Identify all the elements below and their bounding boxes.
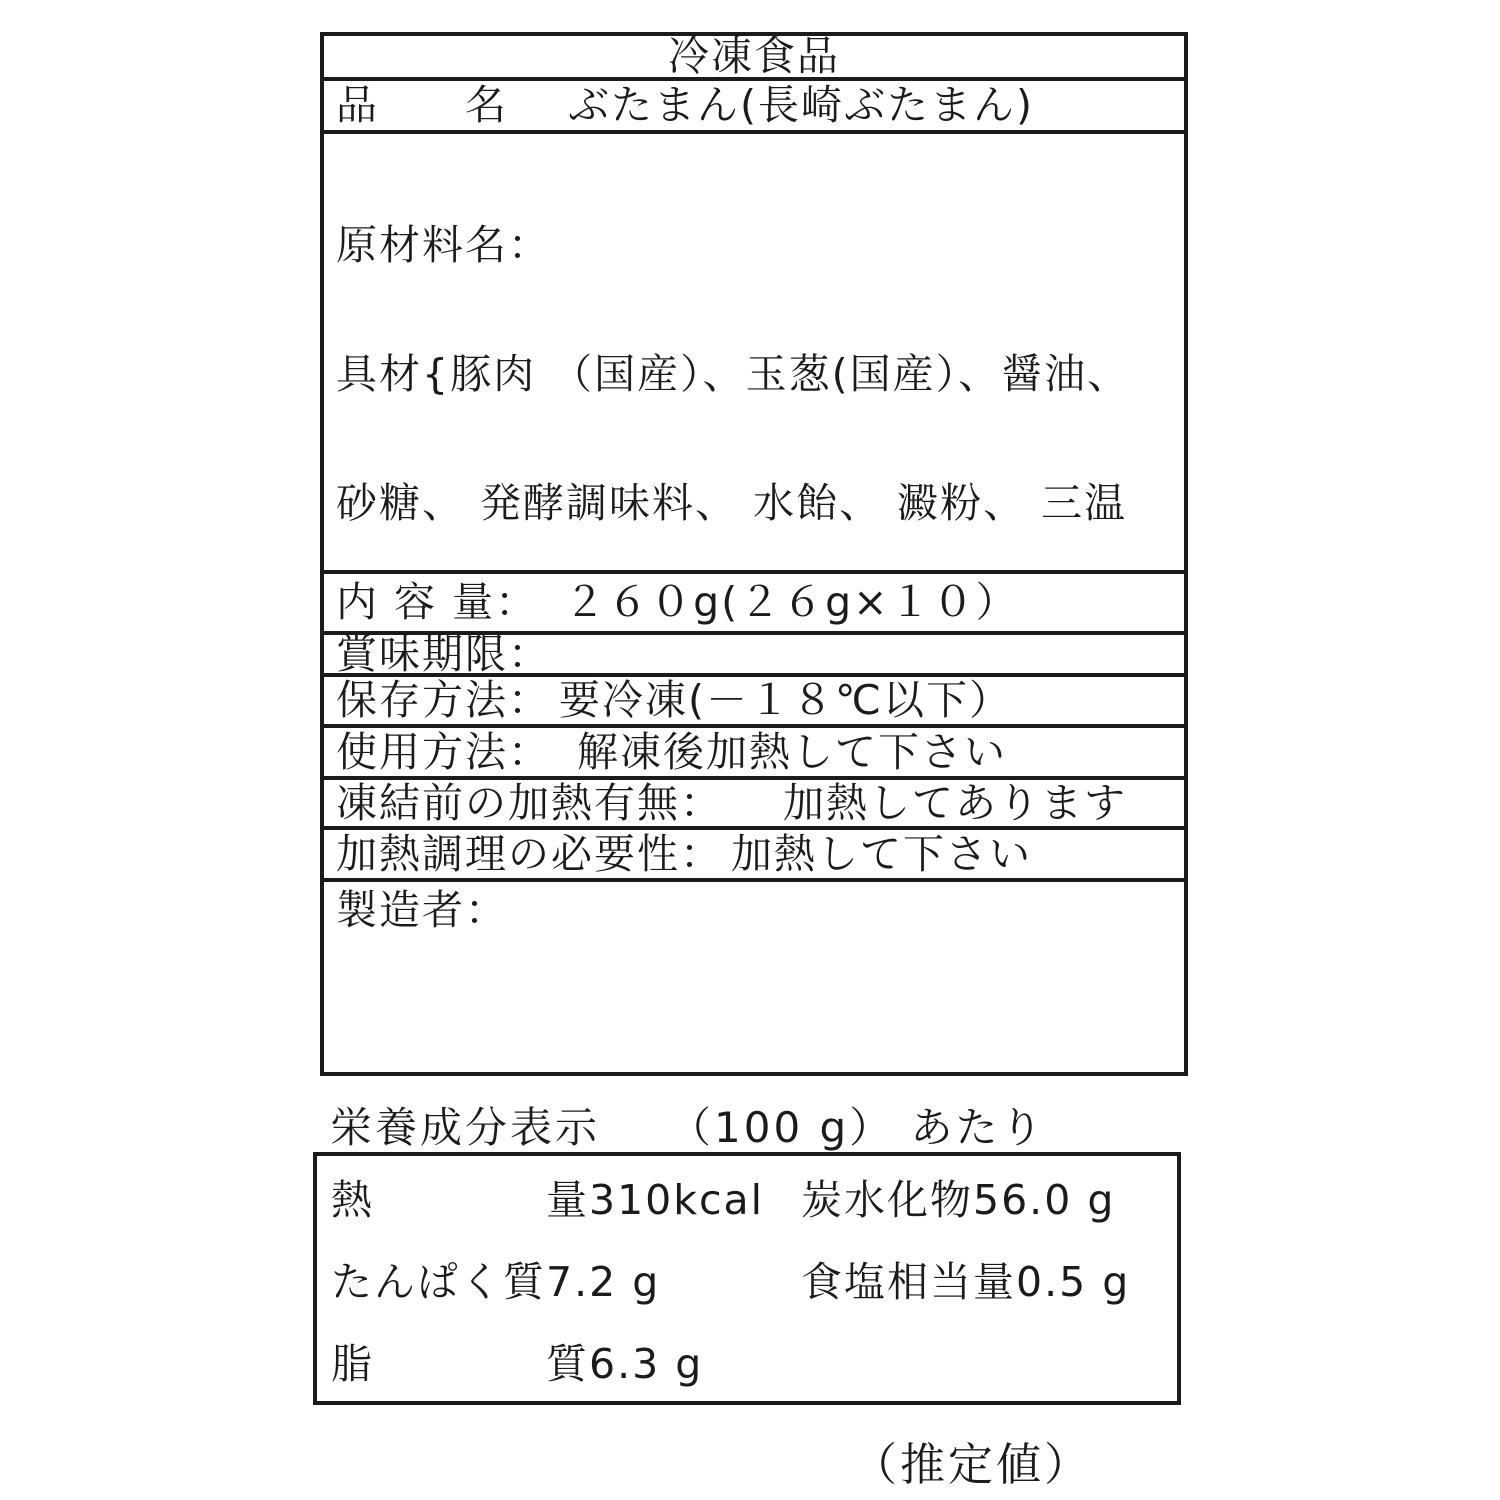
nutrition-row-fat: 脂 質6.3 g xyxy=(317,1319,1177,1401)
usage-value: 解凍後加熱して下さい xyxy=(577,732,1007,773)
ingredients-row: 原材料名： 具材{豚肉 （国産）、玉葱(国産）、醤油、 砂糖、 発酵調味料、 水… xyxy=(324,134,1184,574)
ingredient-line: 具材{豚肉 （国産）、玉葱(国産）、醤油、 xyxy=(336,351,1184,398)
storage-value: 要冷凍(－１８℃以下） xyxy=(559,680,1012,721)
net-weight-label: 内 容 量： xyxy=(336,582,538,623)
best-before-row: 賞味期限： xyxy=(324,635,1184,677)
ingredients-label: 原材料名： xyxy=(336,222,1184,269)
nutrition-row-protein-salt: たんぱく質7.2 g 食塩相当量0.5 g xyxy=(317,1238,1177,1320)
nutrition-table: 熱 量310kcal 炭水化物56.0 g たんぱく質7.2 g 食塩相当量0.… xyxy=(313,1152,1181,1405)
nutrition-row-energy-carbs: 熱 量310kcal 炭水化物56.0 g xyxy=(317,1156,1177,1238)
storage-label: 保存方法： xyxy=(336,680,551,721)
product-name-row: 品 名 ぶたまん(長崎ぶたまん) xyxy=(324,81,1184,134)
preheat-row: 凍結前の加熱有無： 加熱してあります xyxy=(324,780,1184,830)
carbohydrate-value: 炭水化物56.0 g xyxy=(801,1167,1115,1226)
label-scan: 冷凍食品 品 名 ぶたまん(長崎ぶたまん) 原材料名： 具材{豚肉 （国産）、玉… xyxy=(0,0,1500,1500)
salt-equivalent-value: 食塩相当量0.5 g xyxy=(801,1249,1130,1308)
usage-row: 使用方法： 解凍後加熱して下さい xyxy=(324,728,1184,780)
net-weight-value: ２６０g(２６g×１０） xyxy=(564,582,1018,623)
heating-required-value: 加熱して下さい xyxy=(731,834,1032,875)
heating-required-label: 加熱調理の必要性： xyxy=(336,834,723,875)
manufacturer-label: 製造者： xyxy=(336,890,508,931)
fat-value: 脂 質6.3 g xyxy=(331,1331,801,1390)
net-weight-row: 内 容 量： ２６０g(２６g×１０） xyxy=(324,574,1184,635)
product-name-value: ぶたまん(長崎ぶたまん) xyxy=(568,85,1034,126)
energy-value: 熱 量310kcal xyxy=(331,1167,801,1226)
preheat-label: 凍結前の加熱有無： xyxy=(336,783,723,824)
nutrition-title: 栄養成分表示 （100 g） あたり xyxy=(330,1095,1046,1155)
category-label: 冷凍食品 xyxy=(668,36,840,77)
best-before-label: 賞味期限： xyxy=(336,635,551,675)
product-name-label: 品 名 xyxy=(336,85,508,126)
category-header-row: 冷凍食品 xyxy=(324,36,1184,81)
protein-value: たんぱく質7.2 g xyxy=(331,1249,801,1308)
usage-label: 使用方法： xyxy=(336,732,551,773)
ingredient-line: 砂糖、 発酵調味料、 水飴、 澱粉、 三温 xyxy=(336,480,1184,527)
estimate-note: （推定値） xyxy=(852,1428,1092,1493)
storage-row: 保存方法： 要冷凍(－１８℃以下） xyxy=(324,677,1184,728)
heating-required-row: 加熱調理の必要性： 加熱して下さい xyxy=(324,830,1184,882)
preheat-value: 加熱してあります xyxy=(783,783,1127,824)
manufacturer-row: 製造者： xyxy=(324,882,1184,1072)
product-label-table: 冷凍食品 品 名 ぶたまん(長崎ぶたまん) 原材料名： 具材{豚肉 （国産）、玉… xyxy=(320,32,1188,1076)
